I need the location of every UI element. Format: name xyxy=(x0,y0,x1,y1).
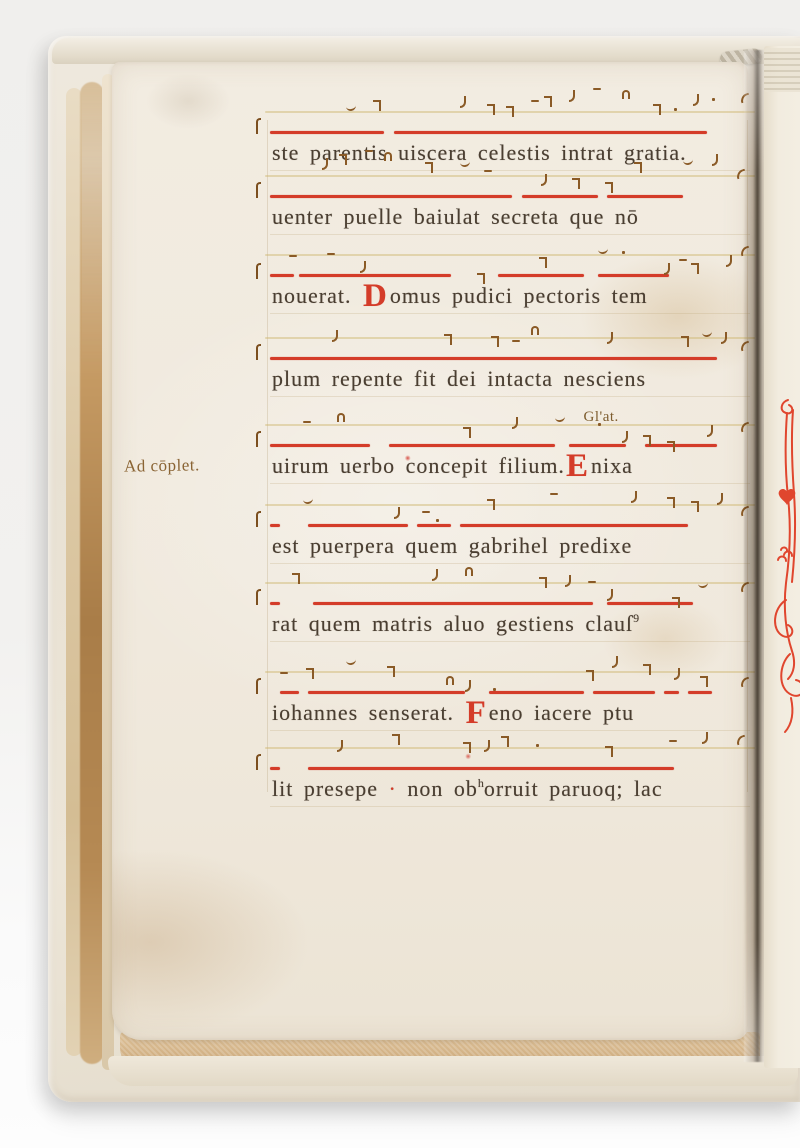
neume-v-icon xyxy=(341,154,347,165)
neume-v-icon xyxy=(683,336,689,347)
manuscript-page: Ad cōplet. ste parentis uiscera celestis… xyxy=(112,62,748,1040)
text-segment: omus pudici pectoris tem xyxy=(390,283,648,308)
text-segment: orruit paruoq; lac xyxy=(484,776,663,801)
neume-p-icon xyxy=(460,96,466,108)
red-staff-line xyxy=(270,524,280,527)
neume-v-icon xyxy=(669,497,675,508)
neume-p-icon xyxy=(337,740,343,752)
text-segment: · xyxy=(378,776,407,801)
yellow-ruling-line xyxy=(265,671,754,673)
text-segment: plum repente fit dei intacta nesciens xyxy=(272,366,646,391)
neume-p-icon xyxy=(664,263,670,275)
neume-v-icon xyxy=(294,573,300,584)
neume-t-icon xyxy=(303,421,311,423)
neume-c-icon xyxy=(337,413,345,422)
chant-text: uirum uerbo concepit filium.Enixa xyxy=(272,453,633,479)
neume-c-icon xyxy=(531,326,539,335)
neume-v-icon xyxy=(541,257,547,268)
text-segment: nouerat. xyxy=(272,283,362,308)
neume-v-icon xyxy=(503,736,509,747)
rubricated-initial: D xyxy=(363,278,388,314)
red-staff-line xyxy=(270,767,280,770)
neume-v-icon xyxy=(702,676,708,687)
neume-d-icon xyxy=(712,98,715,101)
neume-p-icon xyxy=(432,569,438,581)
neume-p-icon xyxy=(322,158,328,170)
neume-v-icon xyxy=(389,666,395,677)
red-staff-line xyxy=(569,444,626,447)
red-staff-line xyxy=(688,691,712,694)
neume-c-icon xyxy=(465,567,473,576)
neume-v-icon xyxy=(588,670,594,681)
baseline-ruling xyxy=(270,313,750,314)
baseline-ruling xyxy=(270,563,750,564)
neume-v-icon xyxy=(375,100,381,111)
neume-p-icon xyxy=(631,491,637,503)
red-staff-line xyxy=(270,131,384,134)
neume-v-icon xyxy=(489,499,495,510)
baseline-ruling xyxy=(270,641,750,642)
neume-f-icon xyxy=(256,118,261,134)
neume-t-icon xyxy=(512,340,520,342)
neume-t-icon xyxy=(484,170,492,172)
neume-v-icon xyxy=(546,96,552,107)
neume-p-icon xyxy=(360,261,366,273)
neume-t-icon xyxy=(588,581,596,583)
neume-d-icon xyxy=(622,251,625,254)
neume-v-icon xyxy=(508,106,514,117)
neume-t-icon xyxy=(593,88,601,90)
neume-p-icon xyxy=(484,740,490,752)
baseline-ruling xyxy=(270,806,750,807)
neume-t-icon xyxy=(365,150,373,152)
rubricated-initial: F xyxy=(466,695,487,731)
red-staff-line xyxy=(522,195,598,198)
neume-v-icon xyxy=(669,441,675,452)
red-staff-line xyxy=(394,131,708,134)
neume-f-icon xyxy=(256,182,261,198)
baseline-ruling xyxy=(270,483,750,484)
baseline-ruling xyxy=(270,170,750,171)
yellow-ruling-line xyxy=(265,504,754,506)
neume-f-icon xyxy=(256,344,261,360)
baseline-ruling xyxy=(270,396,750,397)
neume-v-icon xyxy=(394,734,400,745)
chant-text: ste parentis uiscera celestis intrat gra… xyxy=(272,140,687,166)
neume-d-icon xyxy=(674,108,677,111)
neume-v-icon xyxy=(465,742,471,753)
chant-text: lit presepe · non obhorruit paruoq; lac xyxy=(272,776,663,802)
neume-d-icon xyxy=(493,688,496,691)
neume-t-icon xyxy=(280,672,288,674)
neume-f-icon xyxy=(256,511,261,527)
neume-p-icon xyxy=(693,94,699,106)
neume-s-icon xyxy=(697,580,708,588)
neume-c-icon xyxy=(622,90,630,99)
neume-v-icon xyxy=(693,501,699,512)
red-staff-line xyxy=(308,691,465,694)
neume-p-icon xyxy=(726,255,732,267)
neume-s-icon xyxy=(460,159,471,167)
neume-p-icon xyxy=(622,431,628,443)
red-staff-line xyxy=(280,691,299,694)
neume-p-icon xyxy=(607,589,613,601)
neume-d-icon xyxy=(436,519,439,522)
red-staff-line xyxy=(313,602,593,605)
neume-p-icon xyxy=(674,668,680,680)
neume-v-icon xyxy=(465,427,471,438)
rubricated-initial: E xyxy=(566,448,589,484)
neume-v-icon xyxy=(655,104,661,115)
neume-t-icon xyxy=(289,255,297,257)
text-segment: eno iacere ptu xyxy=(489,700,634,725)
neume-v-icon xyxy=(427,162,433,173)
red-staff-line xyxy=(308,767,674,770)
red-staff-line xyxy=(607,602,693,605)
yellow-ruling-line xyxy=(265,254,754,256)
penwork-ornament xyxy=(766,392,800,742)
neume-v-icon xyxy=(693,263,699,274)
text-segment: 9 xyxy=(633,611,639,625)
neume-v-icon xyxy=(489,104,495,115)
chant-text: rat quem matris aluo gestiens clauſ9 xyxy=(272,611,639,637)
neume-f-icon xyxy=(256,754,261,770)
neume-v-icon xyxy=(636,162,642,173)
neume-d-icon xyxy=(536,744,539,747)
neume-p-icon xyxy=(721,332,727,344)
neume-p-icon xyxy=(612,656,618,668)
neume-v-icon xyxy=(607,746,613,757)
neume-p-icon xyxy=(541,174,547,186)
neume-p-icon xyxy=(607,332,613,344)
neume-f-icon xyxy=(256,589,261,605)
red-staff-line xyxy=(417,524,450,527)
neume-t-icon xyxy=(669,740,677,742)
neume-v-icon xyxy=(645,435,651,446)
neume-s-icon xyxy=(683,157,694,165)
baseline-ruling xyxy=(270,730,750,731)
text-block: ste parentis uiscera celestis intrat gra… xyxy=(112,62,748,1040)
page-edges-left-brown xyxy=(80,82,104,1064)
red-staff-line xyxy=(645,444,716,447)
neume-c-icon xyxy=(384,152,392,161)
red-staff-line xyxy=(270,357,717,360)
neume-s-icon xyxy=(346,657,357,665)
text-segment: ste parentis uiscera celestis intrat gra… xyxy=(272,140,687,165)
neume-t-icon xyxy=(531,100,539,102)
neume-p-icon xyxy=(702,732,708,744)
neume-f-icon xyxy=(256,678,261,694)
red-staff-line xyxy=(270,602,280,605)
red-staff-line xyxy=(460,524,688,527)
neume-p-icon xyxy=(712,154,718,166)
text-segment: uirum uerbo concepit filium. xyxy=(272,453,565,478)
neume-p-icon xyxy=(565,575,571,587)
neume-v-icon xyxy=(645,664,651,675)
chant-text: nouerat. Domus pudici pectoris tem xyxy=(272,283,648,309)
yellow-ruling-line xyxy=(265,175,754,177)
neume-p-icon xyxy=(394,507,400,519)
neume-v-icon xyxy=(446,334,452,345)
cover-turnin-bottom xyxy=(108,1056,798,1086)
neume-c-icon xyxy=(446,676,454,685)
yellow-ruling-line xyxy=(265,582,754,584)
text-segment: lit presepe xyxy=(272,776,378,801)
chant-text: uenter puelle baiulat secreta que nō xyxy=(272,204,639,230)
red-staff-line xyxy=(299,274,451,277)
red-staff-line xyxy=(598,274,669,277)
neume-p-icon xyxy=(569,90,575,102)
red-staff-line xyxy=(308,524,408,527)
red-staff-line xyxy=(489,691,584,694)
neume-p-icon xyxy=(512,417,518,429)
chant-text: est puerpera quem gabrihel predixe xyxy=(272,533,632,559)
red-staff-line xyxy=(607,195,683,198)
text-segment: rat quem matris aluo gestiens clauſ xyxy=(272,611,633,636)
text-segment: non ob xyxy=(407,776,478,801)
baseline-ruling xyxy=(270,234,750,235)
red-staff-line xyxy=(664,691,678,694)
neume-p-icon xyxy=(465,680,471,692)
chant-text: plum repente fit dei intacta nesciens xyxy=(272,366,646,392)
chant-text: iohannes senserat. Feno iacere ptu xyxy=(272,700,634,726)
red-staff-line xyxy=(270,195,512,198)
neume-t-icon xyxy=(327,253,335,255)
neume-v-icon xyxy=(674,597,680,608)
red-staff-line xyxy=(389,444,555,447)
neume-v-icon xyxy=(493,336,499,347)
neume-p-icon xyxy=(332,330,338,342)
neume-v-icon xyxy=(308,668,314,679)
yellow-ruling-line xyxy=(265,424,754,426)
neume-f-icon xyxy=(256,431,261,447)
neume-v-icon xyxy=(607,182,613,193)
text-segment: est puerpera quem gabrihel predixe xyxy=(272,533,632,558)
red-staff-line xyxy=(270,444,370,447)
red-staff-line xyxy=(593,691,655,694)
neume-p-icon xyxy=(707,425,713,437)
red-staff-line xyxy=(498,274,584,277)
red-staff-line xyxy=(270,274,294,277)
neume-v-icon xyxy=(574,178,580,189)
neume-f-icon xyxy=(256,263,261,279)
interlinear-rubric: Gl'at. xyxy=(584,409,619,426)
manuscript-book: Ad cōplet. ste parentis uiscera celestis… xyxy=(48,36,800,1102)
neume-t-icon xyxy=(550,493,558,495)
text-segment: uenter puelle baiulat secreta que nō xyxy=(272,204,639,229)
facing-page-top-edges xyxy=(764,48,800,92)
neume-v-icon xyxy=(541,577,547,588)
neume-s-icon xyxy=(555,414,566,422)
neume-t-icon xyxy=(679,259,687,261)
text-segment: nixa xyxy=(591,453,633,478)
neume-t-icon xyxy=(422,511,430,513)
text-segment: iohannes senserat. xyxy=(272,700,465,725)
